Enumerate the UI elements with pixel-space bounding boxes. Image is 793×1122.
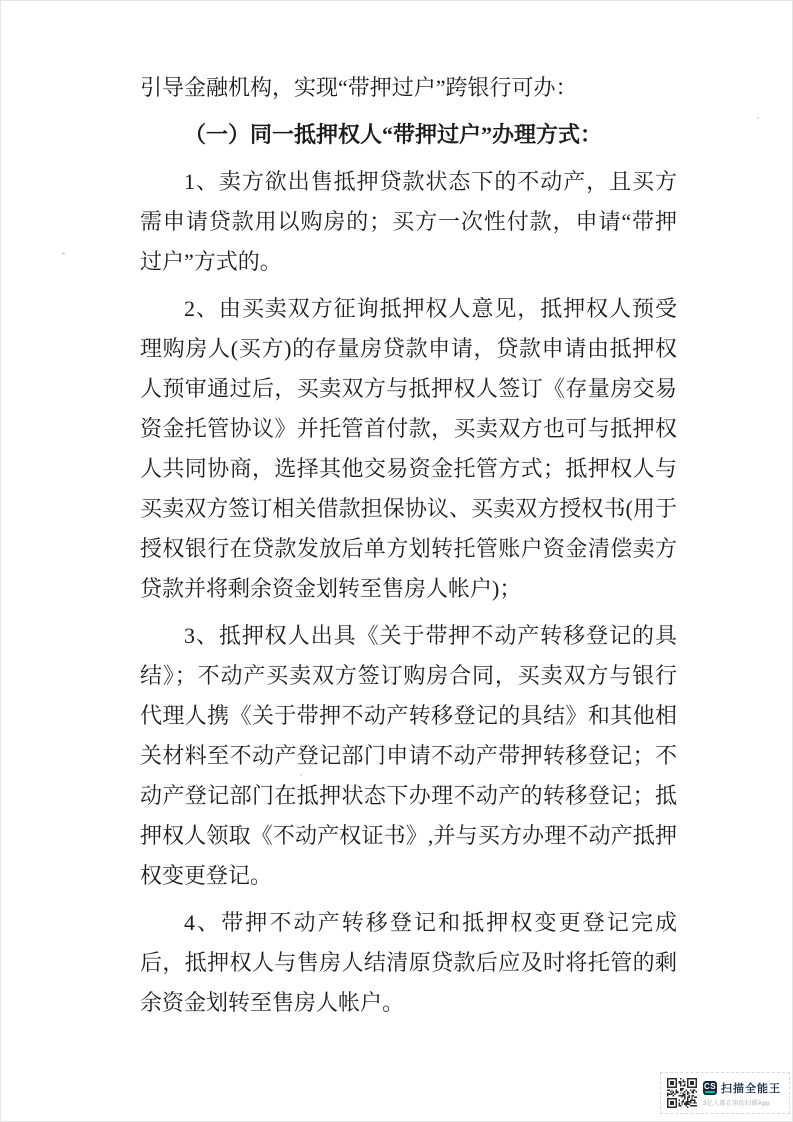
scan-speck [523, 541, 525, 543]
section-heading: （一）同一抵押权人“带押过户”办理方式： [140, 115, 677, 155]
paragraph-item-4: 4、带押不动产转移登记和抵押权变更登记完成后，抵押权人与售房人结清原贷款后应及时… [140, 903, 677, 1023]
watermark-tagline: 3亿人都在用的扫描App [703, 1098, 781, 1107]
watermark-text-block: CS 扫描全能王 3亿人都在用的扫描App [703, 1080, 781, 1107]
paragraph-item-2: 2、由买卖双方征询抵押权人意见，抵押权人预受理购房人(买方)的存量房贷款申请，贷… [140, 289, 677, 609]
paragraph-item-3: 3、抵押权人出具《关于带押不动产转移登记的具结》；不动产买卖双方签订购房合同，买… [140, 616, 677, 896]
paragraph-intro: 引导金融机构，实现“带押过户”跨银行可办： [140, 68, 677, 108]
watermark-app-name: 扫描全能王 [721, 1080, 781, 1096]
document-body: 引导金融机构，实现“带押过户”跨银行可办： （一）同一抵押权人“带押过户”办理方… [140, 68, 677, 1030]
camscanner-logo-icon: CS [703, 1081, 717, 1095]
scan-speck [300, 774, 302, 776]
paragraph-item-1: 1、卖方欲出售抵押贷款状态下的不动产，且买方需申请贷款用以购房的；买方一次性付款… [140, 162, 677, 282]
qr-code-icon [667, 1078, 697, 1108]
camscanner-watermark: CS 扫描全能王 3亿人都在用的扫描App [660, 1072, 790, 1114]
scan-speck [62, 252, 65, 255]
scan-speck [757, 117, 759, 119]
scanned-page: 引导金融机构，实现“带押过户”跨银行可办： （一）同一抵押权人“带押过户”办理方… [0, 0, 793, 1122]
